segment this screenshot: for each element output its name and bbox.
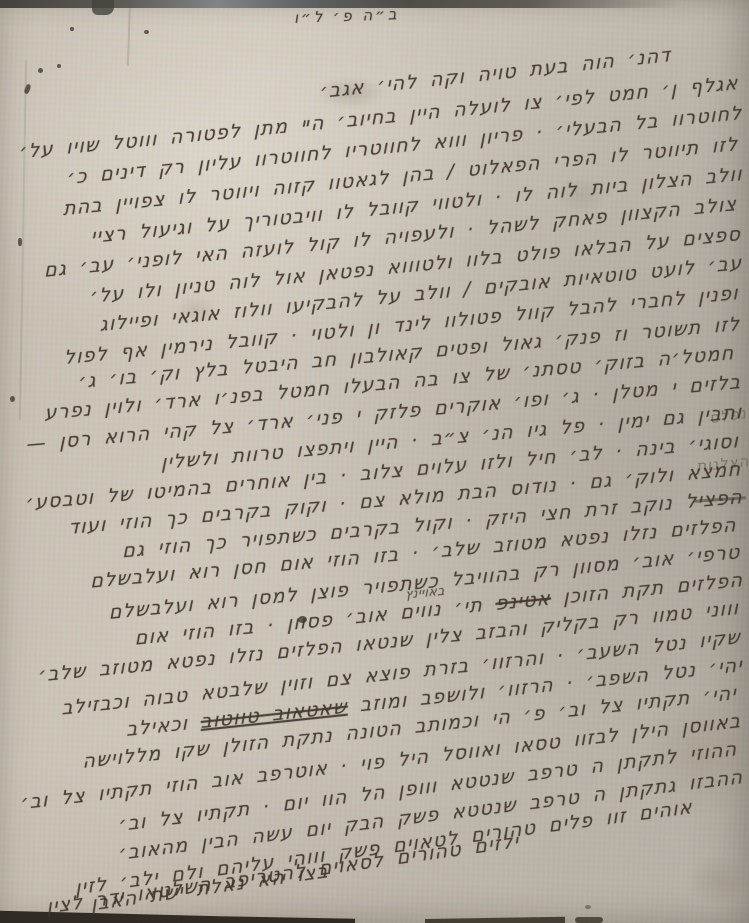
paper-tear-notch [92,0,114,15]
ink-speck [38,68,43,73]
ink-speck [70,27,74,31]
ink-speck [57,64,61,68]
photo-bottom-edge-mark [425,914,565,923]
manuscript-page-photo: ב״ה פ׳ ל״ו נפלס הצלנות דהנ׳ הוה בעת טויה… [0,0,749,923]
line-text: וכאילב [126,712,188,741]
ink-speck [585,905,591,909]
ink-speck [23,83,31,94]
stain [685,855,749,907]
struck-word: אטינפ [495,587,551,614]
photo-bottom-edge-mark [575,917,603,923]
ink-speck [144,30,149,34]
ink-speck [18,238,22,246]
page-header-text: ב״ה פ׳ ל״ו [294,5,400,27]
ink-speck [10,396,15,402]
paper-crease [127,2,131,66]
